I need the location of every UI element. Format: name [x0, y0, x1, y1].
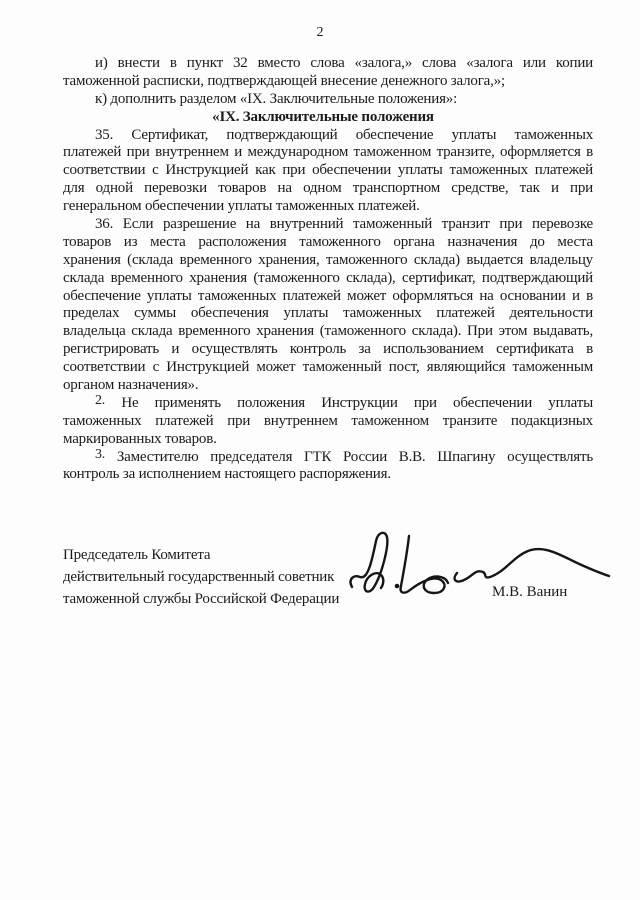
item-number: 2. — [95, 393, 105, 408]
text-line: таможенной расписки, подтверждающей внес… — [63, 73, 593, 91]
text-line: владельца склада временного хранения (та… — [63, 323, 593, 341]
text-line: маркированных товаров. — [63, 431, 593, 449]
signatory-title-line: таможенной службы Российской Федерации — [63, 588, 363, 610]
text-line: товаров из места расположения таможенног… — [63, 234, 593, 252]
handwritten-signature-icon — [345, 528, 625, 598]
text-line: склада временного хранения (таможенного … — [63, 270, 593, 288]
signatory-name: М.В. Ванин — [492, 584, 567, 601]
text-line: 3. Заместителю председателя ГТК России В… — [63, 449, 593, 467]
page-number: 2 — [0, 25, 640, 41]
text-line: для одной перевозки товаров на одном тра… — [63, 180, 593, 198]
text-line: регистрировать и осуществлять контроль з… — [63, 341, 593, 359]
text-line: генеральном обеспечении уплаты таможенны… — [63, 198, 593, 216]
text-line: пределах суммы обеспечения уплаты таможе… — [63, 305, 593, 323]
document-body: и) внести в пункт 32 вместо слова «залог… — [63, 55, 593, 484]
text-line: платежей при внутреннем и международном … — [63, 144, 593, 162]
text-line: соответствии с Инструкцией может таможен… — [63, 359, 593, 377]
text-line: 36. Если разрешение на внутренний таможе… — [63, 216, 593, 234]
text-line: 2. Не применять положения Инструкции при… — [63, 395, 593, 413]
signatory-title-line: действительный государственный советник — [63, 566, 363, 588]
signatory-title-block: Председатель Комитетадействительный госу… — [63, 544, 363, 610]
text-line: контроль за исполнением настоящего распо… — [63, 466, 593, 484]
text-line: хранения (склада временного хранения, та… — [63, 252, 593, 270]
text-line: обеспечение уплаты таможенных платежей м… — [63, 288, 593, 306]
item-number: 3. — [95, 447, 105, 462]
text-line: органом назначения». — [63, 377, 593, 395]
document-page: 2 и) внести в пункт 32 вместо слова «зал… — [0, 0, 640, 900]
text-line: и) внести в пункт 32 вместо слова «залог… — [63, 55, 593, 73]
text-line: к) дополнить разделом «IX. Заключительны… — [63, 91, 593, 109]
section-heading: «IX. Заключительные положения — [42, 109, 572, 127]
text-line: соответствии с Инструкцией как при обесп… — [63, 162, 593, 180]
signatory-title-line: Председатель Комитета — [63, 544, 363, 566]
text-line: 35. Сертификат, подтверждающий обеспечен… — [63, 127, 593, 145]
text-line: таможенных платежей при внутреннем тамож… — [63, 413, 593, 431]
